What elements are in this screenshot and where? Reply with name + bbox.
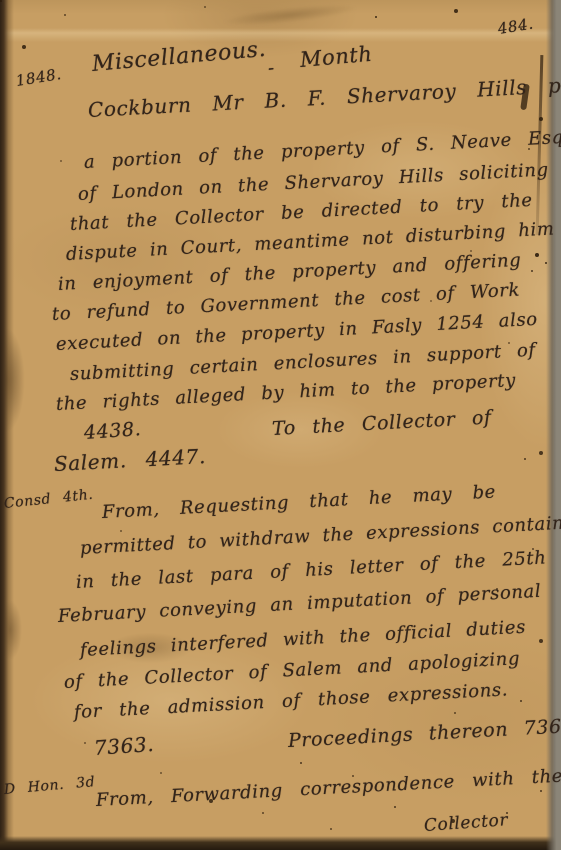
binding-edge-left (0, 0, 14, 850)
ink-specks (0, 0, 2, 2)
page-edge-bottom (0, 836, 561, 850)
title-separator: - (267, 57, 275, 79)
manuscript-scan: 484. Miscellaneous. - Month 1848. Cockbu… (0, 0, 561, 850)
manuscript-number: 7363. (93, 732, 155, 760)
manuscript-number: 4438. (83, 418, 142, 444)
